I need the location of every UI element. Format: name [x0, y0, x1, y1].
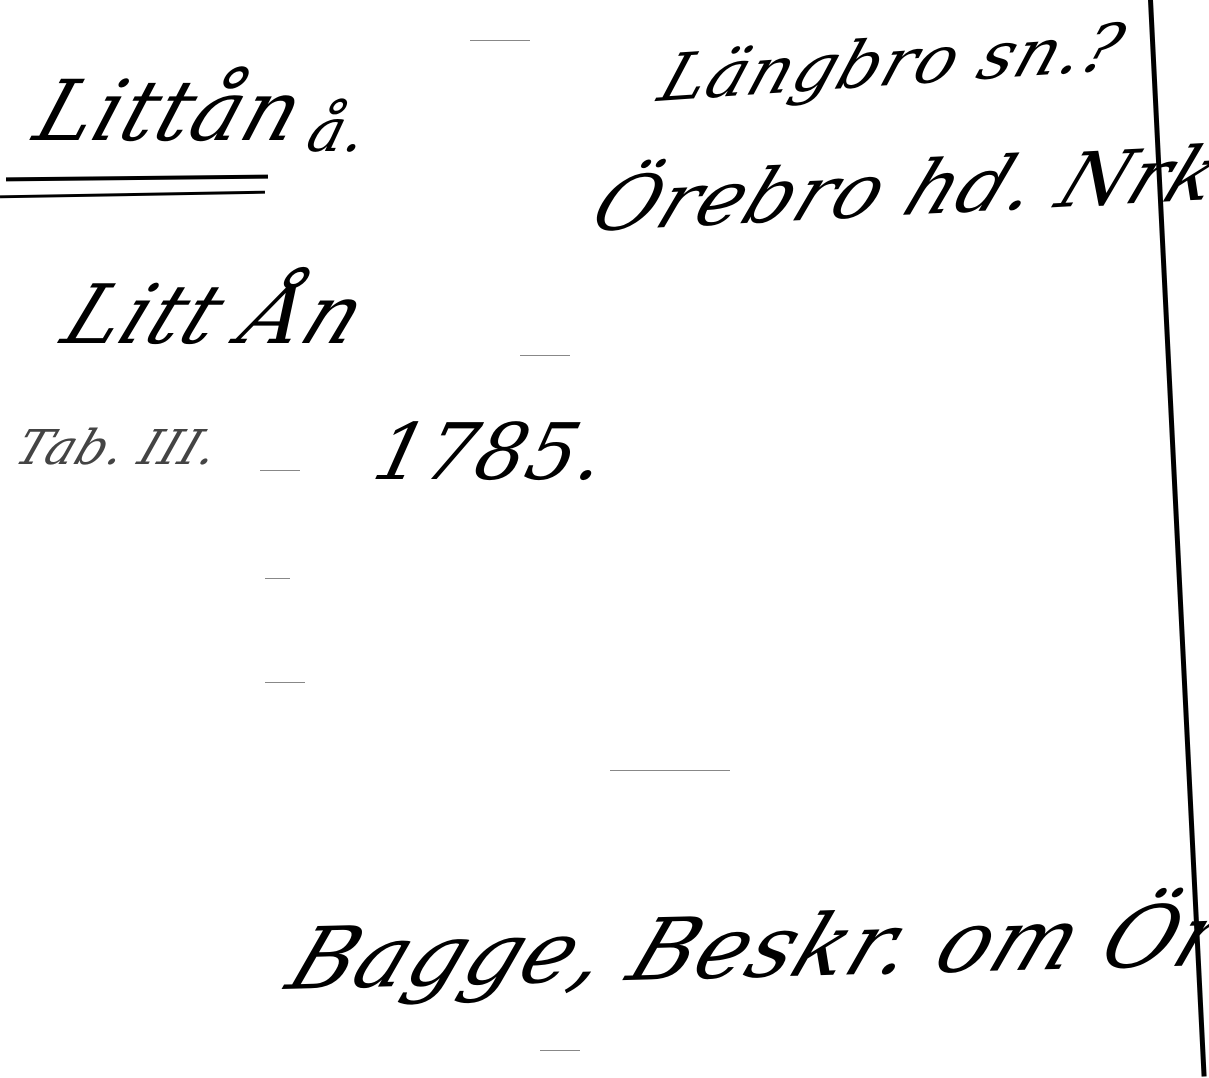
title-underline-double [0, 191, 265, 199]
year: 1785. [365, 408, 616, 498]
variant-form: Litt Ån [50, 268, 380, 363]
place-type: å. [300, 96, 376, 166]
title-underline [6, 175, 268, 182]
scan-noise [470, 40, 530, 41]
scan-noise [610, 770, 730, 771]
scan-noise [265, 682, 305, 683]
archive-card: Littån å. Längbro sn.? Örebro hd. Nrk. L… [0, 0, 1209, 1078]
district: Örebro hd. Nrk. [580, 127, 1209, 249]
scan-noise [540, 1050, 580, 1051]
scan-noise [520, 355, 570, 356]
place-name-title: Littån [24, 62, 316, 160]
source-citation: Bagge, Beskr. om Örebro. [275, 880, 1209, 1010]
tab-reference: Tab. III. [8, 420, 228, 476]
parish: Längbro sn.? [650, 9, 1134, 117]
scan-noise [265, 578, 290, 579]
scan-noise [260, 470, 300, 471]
